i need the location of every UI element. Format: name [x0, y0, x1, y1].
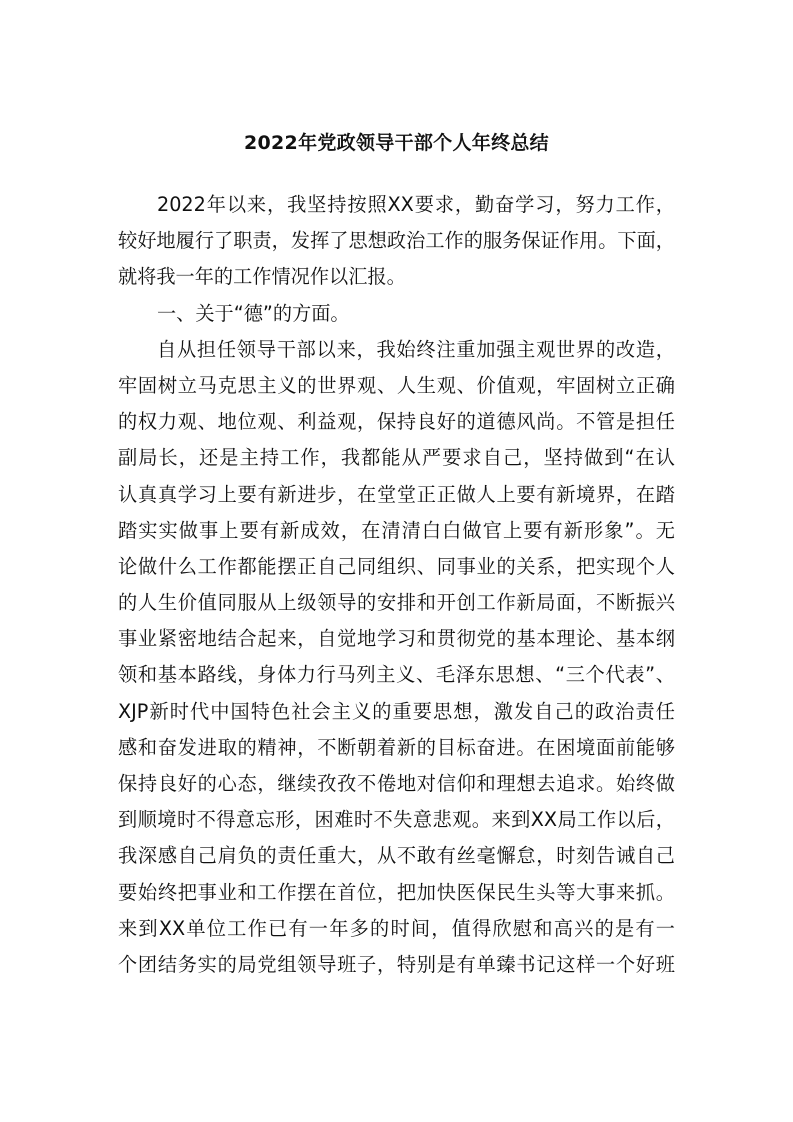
text-line: 来到XX单位工作已有一年多的时间，值得欣慰和高兴的是有一	[118, 911, 675, 947]
text-line: XJP新时代中国特色社会主义的重要思想，激发自己的政治责任	[118, 694, 675, 730]
text-line: 的权力观、地位观、利益观，保持良好的道德风尚。不管是担任	[118, 404, 675, 440]
text-line: 保持良好的心态，继续孜孜不倦地对信仰和理想去追求。始终做	[118, 766, 675, 802]
text-line: 自从担任领导干部以来，我始终注重加强主观世界的改造，	[118, 332, 675, 368]
text-line: 一、关于“德”的方面。	[118, 296, 675, 332]
text-line: 的人生价值同服从上级领导的安排和开创工作新局面，不断振兴	[118, 585, 675, 621]
text-line: 事业紧密地结合起来，自觉地学习和贯彻党的基本理论、基本纲	[118, 621, 675, 657]
text-line: 我深感自己肩负的责任重大，从不敢有丝毫懈怠，时刻告诫自己	[118, 838, 675, 874]
text-line: 踏实实做事上要有新成效，在清清白白做官上要有新形象”。无	[118, 513, 675, 549]
text-line: 副局长，还是主持工作，我都能从严要求自己，坚持做到“在认	[118, 440, 675, 476]
text-line: 到顺境时不得意忘形，困难时不失意悲观。来到XX局工作以后，	[118, 802, 675, 838]
text-line: 论做什么工作都能摆正自己同组织、同事业的关系，把实现个人	[118, 549, 675, 585]
text-line: 要始终把事业和工作摆在首位，把加快医保民生头等大事来抓。	[118, 875, 675, 911]
text-line: 牢固树立马克思主义的世界观、人生观、价值观，牢固树立正确	[118, 368, 675, 404]
text-line: 2022年以来，我坚持按照XX要求，勤奋学习，努力工作，	[118, 187, 675, 223]
text-line: 感和奋发进取的精神，不断朝着新的目标奋进。在困境面前能够	[118, 730, 675, 766]
text-line: 就将我一年的工作情况作以汇报。	[118, 259, 675, 295]
text-line: 个团结务实的局党组领导班子，特别是有单臻书记这样一个好班	[118, 947, 675, 983]
document-page: 2022年党政领导干部个人年终总结 2022年以来，我坚持按照XX要求，勤奋学习…	[0, 0, 793, 1122]
text-line: 认真真学习上要有新进步，在堂堂正正做人上要有新境界，在踏	[118, 477, 675, 513]
document-title: 2022年党政领导干部个人年终总结	[0, 130, 793, 156]
text-line: 较好地履行了职责，发挥了思想政治工作的服务保证作用。下面，	[118, 223, 675, 259]
document-body: 2022年以来，我坚持按照XX要求，勤奋学习，努力工作，较好地履行了职责，发挥了…	[118, 187, 675, 983]
text-line: 领和基本路线，身体力行马列主义、毛泽东思想、“三个代表”、	[118, 657, 675, 693]
